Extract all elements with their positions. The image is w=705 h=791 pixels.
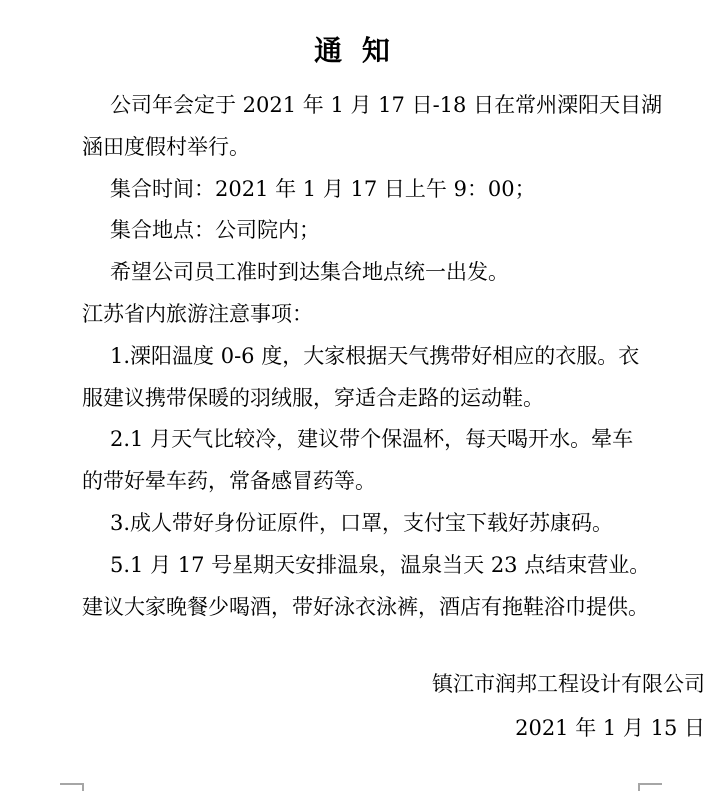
document-line: 江苏省内旅游注意事项： [82,294,638,336]
signature-company: 镇江市润邦工程设计有限公司 [0,662,705,706]
page-margin-crop-mark-right [638,783,640,791]
document-page: 通 知 公司年会定于 2021 年 1 月 17 日-18 日在常州溧阳天目湖涵… [0,0,705,791]
signature-block: 镇江市润邦工程设计有限公司 2021 年 1 月 15 日 [0,662,705,750]
document-line: 集合时间：2021 年 1 月 17 日上午 9：00； [82,169,638,211]
document-line: 5.1 月 17 号星期天安排温泉，温泉当天 23 点结束营业。 [82,545,638,587]
document-line: 希望公司员工准时到达集合地点统一出发。 [82,252,638,294]
document-line: 1.溧阳温度 0-6 度，大家根据天气携带好相应的衣服。衣 [82,336,638,378]
page-margin-crop-mark-right [638,783,662,785]
document-line: 的带好晕车药，常备感冒药等。 [82,461,638,503]
document-line: 集合地点：公司院内； [82,210,638,252]
page-margin-crop-mark-left [60,783,84,785]
document-line: 建议大家晚餐少喝酒，带好泳衣泳裤，酒店有拖鞋浴巾提供。 [82,587,638,629]
document-line: 3.成人带好身份证原件，口罩，支付宝下载好苏康码。 [82,503,638,545]
signature-date: 2021 年 1 月 15 日 [0,706,705,750]
page-margin-crop-mark-left [82,783,84,791]
document-title: 通 知 [0,29,705,73]
document-line: 涵田度假村举行。 [82,127,638,169]
document-line: 服建议携带保暖的羽绒服，穿适合走路的运动鞋。 [82,378,638,420]
document-line: 2.1 月天气比较冷，建议带个保温杯，每天喝开水。晕车 [82,419,638,461]
document-body: 公司年会定于 2021 年 1 月 17 日-18 日在常州溧阳天目湖涵田度假村… [82,85,638,628]
document-line: 公司年会定于 2021 年 1 月 17 日-18 日在常州溧阳天目湖 [82,85,638,127]
